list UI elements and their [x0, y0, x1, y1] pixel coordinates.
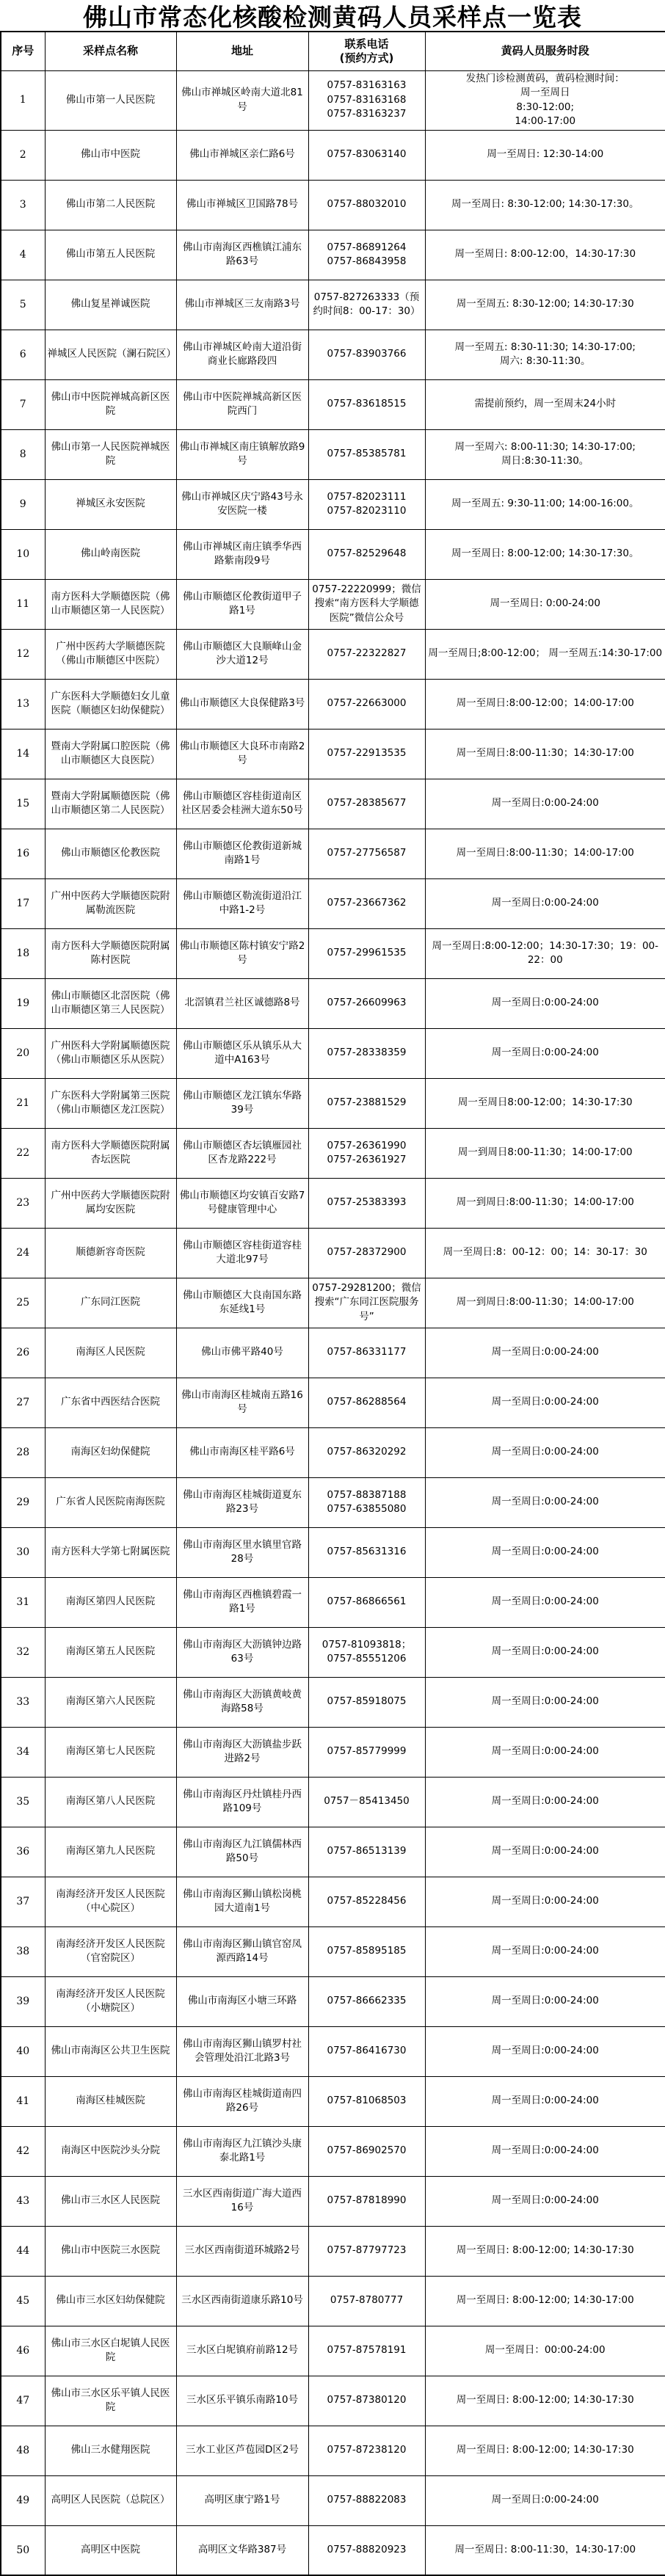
address-cell: 佛山市南海区桂平路6号: [176, 1427, 308, 1477]
service-time-cell: 周一至周日:0:00-24:00: [425, 1477, 665, 1527]
phone-cell: 0757-88822083: [308, 2475, 425, 2525]
site-name-cell: 广东省人民医院南海医院: [45, 1477, 176, 1527]
address-cell: 佛山市南海区九江镇儒林西路50号: [176, 1827, 308, 1877]
site-name-cell: 南海区第七人民医院: [45, 1727, 176, 1777]
phone-cell: 0757-28385677: [308, 779, 425, 829]
row-no-cell: 41: [1, 2076, 45, 2126]
page-title: 佛山市常态化核酸检测黄码人员采样点一览表: [0, 0, 665, 31]
site-name-cell: 佛山市三水区妇幼保健院: [45, 2276, 176, 2326]
table-row: 24顺德新容奇医院佛山市顺德区容桂街道容桂大道北97号0757-28372900…: [1, 1228, 665, 1278]
table-row: 23广州中医药大学顺德医院附属均安医院佛山市顺德区均安镇百安路7号健康管理中心0…: [1, 1178, 665, 1228]
phone-cell: 0757-85228456: [308, 1877, 425, 1926]
site-name-cell: 暨南大学附属顺德医院（佛山市顺德区第二人民医院）: [45, 779, 176, 829]
table-row: 9禅城区永安医院佛山市禅城区庆宁路43号永安医院一楼0757-82023111 …: [1, 479, 665, 529]
table-row: 11南方医科大学顺德医院（佛山市顺德区第一人民医院）佛山市顺德区伦教街道甲子路1…: [1, 579, 665, 629]
site-name-cell: 佛山市中医院禅城高新区医院: [45, 379, 176, 429]
table-row: 37南海经济开发区人民医院（中心院区）佛山市南海区狮山镇松岗桃园大道南1号075…: [1, 1877, 665, 1926]
service-time-cell: 周一至周日:0:00-24:00: [425, 878, 665, 928]
row-no-cell: 47: [1, 2376, 45, 2426]
table-row: 15暨南大学附属顺德医院（佛山市顺德区第二人民医院）佛山市顺德区容桂街道南区社区…: [1, 779, 665, 829]
address-cell: 佛山市禅城区三友南路3号: [176, 280, 308, 330]
site-name-cell: 广东省中西医结合医院: [45, 1378, 176, 1427]
phone-cell: 0757-86288564: [308, 1378, 425, 1427]
site-name-cell: 南海区第八人民医院: [45, 1777, 176, 1827]
phone-cell: 0757-25383393: [308, 1178, 425, 1228]
table-row: 5佛山复星禅诚医院佛山市禅城区三友南路3号0757-827263333（预约时间…: [1, 280, 665, 330]
address-cell: 佛山市顺德区龙江镇东华路39号: [176, 1078, 308, 1128]
service-time-cell: 需提前预约，周一至周末24小时: [425, 379, 665, 429]
site-name-cell: 南海经济开发区人民医院（中心院区）: [45, 1877, 176, 1926]
table-row: 43佛山市三水区人民医院三水区西南街道广海大道西16号0757-87818990…: [1, 2176, 665, 2226]
row-no-cell: 39: [1, 1976, 45, 2026]
service-time-cell: 周一至周日:8:00-11:30；14:30-17:00: [425, 729, 665, 779]
service-time-cell: 周一至周日：00:00-24:00: [425, 2326, 665, 2376]
address-cell: 北滘镇君兰社区诚德路8号: [176, 978, 308, 1028]
phone-cell: 0757-28372900: [308, 1228, 425, 1278]
table-row: 13广东医科大学顺德妇女儿童医院（顺德区妇幼保健院）佛山市顺德区大良保健路3号0…: [1, 679, 665, 729]
site-name-cell: 南海区第六人民医院: [45, 1677, 176, 1727]
site-name-cell: 暨南大学附属口腔医院（佛山市顺德区大良医院）: [45, 729, 176, 779]
table-row: 32南海区第五人民医院佛山市南海区大沥镇钟边路63号0757-81093818；…: [1, 1627, 665, 1677]
service-time-cell: 周一至周日:0:00-24:00: [425, 2026, 665, 2076]
phone-cell: 0757-88032010: [308, 180, 425, 230]
phone-cell: 0757-86866561: [308, 1577, 425, 1627]
table-row: 25广东同江医院佛山市顺德区大良南国东路东延线1号0757-29281200；微…: [1, 1278, 665, 1328]
row-no-cell: 50: [1, 2525, 45, 2575]
address-cell: 佛山市顺德区均安镇百安路7号健康管理中心: [176, 1178, 308, 1228]
row-no-cell: 34: [1, 1727, 45, 1777]
address-cell: 三水区乐平镇乐南路10号: [176, 2376, 308, 2426]
address-cell: 佛山市禅城区卫国路78号: [176, 180, 308, 230]
table-row: 19佛山市顺德区北滘医院（佛山市顺德区第三人民医院）北滘镇君兰社区诚德路8号07…: [1, 978, 665, 1028]
row-no-cell: 32: [1, 1627, 45, 1677]
site-name-cell: 高明区人民医院（总院区）: [45, 2475, 176, 2525]
row-no-cell: 7: [1, 379, 45, 429]
address-cell: 佛山市南海区九江镇沙头康泰北路1号: [176, 2126, 308, 2176]
site-name-cell: 禅城区永安医院: [45, 479, 176, 529]
phone-cell: 0757-29281200；微信搜索“广东同江医院服务号”: [308, 1278, 425, 1328]
table-row: 16佛山市顺德区伦教医院佛山市顺德区伦教街道新城南路1号0757-2775658…: [1, 829, 665, 878]
address-cell: 佛山市顺德区大良保健路3号: [176, 679, 308, 729]
phone-cell: 0757-86331177: [308, 1328, 425, 1378]
address-cell: 佛山市顺德区大良南国东路东延线1号: [176, 1278, 308, 1328]
row-no-cell: 26: [1, 1328, 45, 1378]
service-time-cell: 周一至周日: 8:00-11:30，14:30-17:00: [425, 2525, 665, 2575]
service-time-cell: 周一至周日:0:00-24:00: [425, 2126, 665, 2176]
table-row: 38南海经济开发区人民医院（官窑院区）佛山市南海区狮山镇官窑凤源西路14号075…: [1, 1926, 665, 1976]
row-no-cell: 9: [1, 479, 45, 529]
row-no-cell: 2: [1, 130, 45, 180]
table-row: 17广州中医药大学顺德医院附属勒流医院佛山市顺德区勒流街道沿江中路1-2号075…: [1, 878, 665, 928]
phone-cell: 0757-29961535: [308, 928, 425, 978]
site-name-cell: 南方医科大学第七附属医院: [45, 1527, 176, 1577]
address-cell: 三水区西南街道康乐路10号: [176, 2276, 308, 2326]
address-cell: 高明区康宁路1号: [176, 2475, 308, 2525]
site-name-cell: 南海区人民医院: [45, 1328, 176, 1378]
site-name-cell: 广东同江医院: [45, 1278, 176, 1328]
row-no-cell: 35: [1, 1777, 45, 1827]
row-no-cell: 37: [1, 1877, 45, 1926]
table-row: 28南海区妇幼保健院佛山市南海区桂平路6号0757-86320292周一至周日:…: [1, 1427, 665, 1477]
site-name-cell: 南海区第九人民医院: [45, 1827, 176, 1877]
row-no-cell: 29: [1, 1477, 45, 1527]
service-time-cell: 周一至周日:0:00-24:00: [425, 1028, 665, 1078]
address-cell: 佛山市禅城区南庄镇解放路9号: [176, 429, 308, 479]
row-no-cell: 12: [1, 629, 45, 679]
table-row: 49高明区人民医院（总院区）高明区康宁路1号0757-88822083周一至周日…: [1, 2475, 665, 2525]
phone-cell: 0757－85413450: [308, 1777, 425, 1827]
service-time-cell: 周一至周日:0:00-24:00: [425, 1427, 665, 1477]
address-cell: 佛山市南海区狮山镇松岗桃园大道南1号: [176, 1877, 308, 1926]
phone-cell: 0757-22913535: [308, 729, 425, 779]
site-name-cell: 佛山市三水区人民医院: [45, 2176, 176, 2226]
service-time-cell: 周一至周日:0:00-24:00: [425, 1527, 665, 1577]
service-time-cell: 周一至周日:0:00-24:00: [425, 1328, 665, 1378]
table-row: 42南海区中医院沙头分院佛山市南海区九江镇沙头康泰北路1号0757-869025…: [1, 2126, 665, 2176]
phone-cell: 0757-81093818； 0757-85551206: [308, 1627, 425, 1677]
row-no-cell: 48: [1, 2426, 45, 2475]
table-row: 35南海区第八人民医院佛山市南海区丹灶镇桂丹西路109号0757－8541345…: [1, 1777, 665, 1827]
phone-cell: 0757-22663000: [308, 679, 425, 729]
row-no-cell: 31: [1, 1577, 45, 1627]
table-body: 1佛山市第一人民医院佛山市禅城区岭南大道北81号0757-83163163 07…: [1, 70, 665, 2575]
phone-cell: 0757-86891264 0757-86843958: [308, 230, 425, 280]
table-row: 21广东医科大学附属第三医院（佛山市顺德区龙江医院）佛山市顺德区龙江镇东华路39…: [1, 1078, 665, 1128]
table-row: 14暨南大学附属口腔医院（佛山市顺德区大良医院）佛山市顺德区大良环市南路2号07…: [1, 729, 665, 779]
table-row: 47佛山市三水区乐平镇人民医院三水区乐平镇乐南路10号0757-87380120…: [1, 2376, 665, 2426]
row-no-cell: 10: [1, 529, 45, 579]
site-name-cell: 南海区妇幼保健院: [45, 1427, 176, 1477]
address-cell: 三水工业区芦苞园D区2号: [176, 2426, 308, 2475]
table-row: 3佛山市第二人民医院佛山市禅城区卫国路78号0757-88032010周一至周日…: [1, 180, 665, 230]
service-time-cell: 周一至周五: 8:30-12:00; 14:30-17:30: [425, 280, 665, 330]
site-name-cell: 佛山市三水区白坭镇人民医院: [45, 2326, 176, 2376]
service-time-cell: 周一至周日: 8:00-12:00; 14:30-17:30: [425, 2426, 665, 2475]
site-name-cell: 南海区第五人民医院: [45, 1627, 176, 1677]
sampling-points-table: 序号采样点名称地址联系电话 (预约方式)黄码人员服务时段 1佛山市第一人民医院佛…: [0, 31, 665, 2576]
row-no-cell: 30: [1, 1527, 45, 1577]
phone-cell: 0757-82023111 0757-82023110: [308, 479, 425, 529]
address-cell: 三水区西南街道环城路2号: [176, 2226, 308, 2276]
row-no-cell: 27: [1, 1378, 45, 1427]
phone-cell: 0757-28338359: [308, 1028, 425, 1078]
service-time-cell: 周一至周五: 9:30-11:00; 14:00-16:00。: [425, 479, 665, 529]
address-cell: 佛山市禅城区岭南大道北81号: [176, 70, 308, 130]
row-no-cell: 42: [1, 2126, 45, 2176]
site-name-cell: 南方医科大学顺德医院（佛山市顺德区第一人民医院）: [45, 579, 176, 629]
service-time-cell: 周一到周日8:00-11:30；14:00-17:00: [425, 1128, 665, 1178]
table-row: 26南海区人民医院佛山市佛平路40号0757-86331177周一至周日:0:0…: [1, 1328, 665, 1378]
phone-cell: 0757-87238120: [308, 2426, 425, 2475]
table-row: 6禅城区人民医院（澜石院区）佛山市禅城区岭南大道沿街商业长廊路段四0757-83…: [1, 330, 665, 379]
site-name-cell: 广州医科大学附属顺德医院（佛山市顺德区乐从医院）: [45, 1028, 176, 1078]
service-time-cell: 周一至周日: 0:00-24:00: [425, 579, 665, 629]
address-cell: 佛山市南海区西樵镇碧霞一路1号: [176, 1577, 308, 1627]
site-name-cell: 佛山市第一人民医院: [45, 70, 176, 130]
row-no-cell: 20: [1, 1028, 45, 1078]
row-no-cell: 4: [1, 230, 45, 280]
row-no-cell: 6: [1, 330, 45, 379]
service-time-cell: 周一到周日:8:00-11:30；14:00-17:00: [425, 1278, 665, 1328]
service-time-cell: 周一至周日:0:00-24:00: [425, 1877, 665, 1926]
row-no-cell: 45: [1, 2276, 45, 2326]
service-time-cell: 周一至周五: 8:30-11:30; 14:30-17:00; 周六: 8:30…: [425, 330, 665, 379]
service-time-cell: 周一至周日:0:00-24:00: [425, 779, 665, 829]
phone-cell: 0757-83618515: [308, 379, 425, 429]
address-cell: 佛山市南海区狮山镇罗村社会管理处沿江北路3号: [176, 2026, 308, 2076]
table-row: 34南海区第七人民医院佛山市南海区大沥镇盐步跃进路2号0757-85779999…: [1, 1727, 665, 1777]
site-name-cell: 佛山市第五人民医院: [45, 230, 176, 280]
service-time-cell: 周一至周日:8：00-12：00；14：30-17：30: [425, 1228, 665, 1278]
site-name-cell: 广州中医药大学顺德医院附属勒流医院: [45, 878, 176, 928]
site-name-cell: 高明区中医院: [45, 2525, 176, 2575]
col-header-site-name: 采样点名称: [45, 32, 176, 70]
col-header-no: 序号: [1, 32, 45, 70]
row-no-cell: 11: [1, 579, 45, 629]
table-row: 45佛山市三水区妇幼保健院三水区西南街道康乐路10号0757-8780777周一…: [1, 2276, 665, 2326]
site-name-cell: 南方医科大学顺德医院附属陈村医院: [45, 928, 176, 978]
row-no-cell: 21: [1, 1078, 45, 1128]
row-no-cell: 33: [1, 1677, 45, 1727]
service-time-cell: 周一至周日: 8:00-12:00; 14:30-17:30: [425, 2226, 665, 2276]
service-time-cell: 周一至周日:0:00-24:00: [425, 1677, 665, 1727]
table-row: 41南海区桂城医院佛山市南海区桂城街道南四路26号0757-81068503周一…: [1, 2076, 665, 2126]
row-no-cell: 43: [1, 2176, 45, 2226]
address-cell: 佛山市顺德区陈村镇安宁路2号: [176, 928, 308, 978]
phone-cell: 0757-85918075: [308, 1677, 425, 1727]
service-time-cell: 周一至周日:8:00-12:00；14:00-17:00: [425, 679, 665, 729]
row-no-cell: 40: [1, 2026, 45, 2076]
service-time-cell: 周一至周日:0:00-24:00: [425, 2475, 665, 2525]
address-cell: 佛山市南海区桂城南五路16号: [176, 1378, 308, 1427]
col-header-phone: 联系电话 (预约方式): [308, 32, 425, 70]
service-time-cell: 周一至周日:0:00-24:00: [425, 1627, 665, 1677]
phone-cell: 0757-22322827: [308, 629, 425, 679]
site-name-cell: 禅城区人民医院（澜石院区）: [45, 330, 176, 379]
site-name-cell: 佛山市南海区公共卫生医院: [45, 2026, 176, 2076]
address-cell: 佛山市南海区丹灶镇桂丹西路109号: [176, 1777, 308, 1827]
table-row: 20广州医科大学附属顺德医院（佛山市顺德区乐从医院）佛山市顺德区乐从镇乐从大道中…: [1, 1028, 665, 1078]
site-name-cell: 南海区中医院沙头分院: [45, 2126, 176, 2176]
site-name-cell: 广东医科大学顺德妇女儿童医院（顺德区妇幼保健院）: [45, 679, 176, 729]
service-time-cell: 周一至周日:0:00-24:00: [425, 1976, 665, 2026]
table-row: 7佛山市中医院禅城高新区医院佛山市中医院禅城高新区医院西门0757-836185…: [1, 379, 665, 429]
phone-cell: 0757-87578191: [308, 2326, 425, 2376]
phone-cell: 0757-23881529: [308, 1078, 425, 1128]
table-row: 39南海经济开发区人民医院（小塘院区）佛山市南海区小塘三环路0757-86662…: [1, 1976, 665, 2026]
phone-cell: 0757-86320292: [308, 1427, 425, 1477]
service-time-cell: 周一至周日:0:00-24:00: [425, 1777, 665, 1827]
address-cell: 佛山市南海区桂城街道夏东路23号: [176, 1477, 308, 1527]
table-row: 31南海区第四人民医院佛山市南海区西樵镇碧霞一路1号0757-86866561周…: [1, 1577, 665, 1627]
site-name-cell: 广州中医药大学顺德医院附属均安医院: [45, 1178, 176, 1228]
service-time-cell: 周一至周日:8:00-11:30；14:00-17:00: [425, 829, 665, 878]
address-cell: 佛山市南海区狮山镇官窑凤源西路14号: [176, 1926, 308, 1976]
service-time-cell: 周一至周日: 8:00-12:00; 14:30-17:30。: [425, 529, 665, 579]
row-no-cell: 22: [1, 1128, 45, 1178]
service-time-cell: 周一至周日:0:00-24:00: [425, 1727, 665, 1777]
table-row: 4佛山市第五人民医院佛山市南海区西樵镇江浦东路63号0757-86891264 …: [1, 230, 665, 280]
table-row: 30南方医科大学第七附属医院佛山市南海区里水镇里官路28号0757-856313…: [1, 1527, 665, 1577]
address-cell: 佛山市顺德区伦教街道甲子路1号: [176, 579, 308, 629]
address-cell: 佛山市南海区西樵镇江浦东路63号: [176, 230, 308, 280]
service-time-cell: 发热门诊检测黄码，黄码检测时间： 周一至周日 8:30-12:00; 14:00…: [425, 70, 665, 130]
service-time-cell: 周一至周日:0:00-24:00: [425, 2076, 665, 2126]
row-no-cell: 15: [1, 779, 45, 829]
row-no-cell: 49: [1, 2475, 45, 2525]
table-row: 10佛山岭南医院佛山市禅城区南庄镇季华西路紫南段9号0757-82529648周…: [1, 529, 665, 579]
service-time-cell: 周一至周日: 8:00-12:00，14:30-17:30: [425, 230, 665, 280]
table-row: 27广东省中西医结合医院佛山市南海区桂城南五路16号0757-86288564周…: [1, 1378, 665, 1427]
phone-cell: 0757-87818990: [308, 2176, 425, 2226]
service-time-cell: 周一到周日:8:00-11:30；14:00-17:00: [425, 1178, 665, 1228]
table-row: 50高明区中医院高明区文华路387号0757-88820923周一至周日: 8:…: [1, 2525, 665, 2575]
service-time-cell: 周一至周日:0:00-24:00: [425, 1926, 665, 1976]
address-cell: 佛山市南海区大沥镇盐步跃进路2号: [176, 1727, 308, 1777]
address-cell: 佛山市南海区大沥镇黄岐黄海路58号: [176, 1677, 308, 1727]
row-no-cell: 1: [1, 70, 45, 130]
table-row: 12广州中医药大学顺德医院（佛山市顺德区中医院）佛山市顺德区大良顺峰山金沙大道1…: [1, 629, 665, 679]
address-cell: 三水区西南街道广海大道西16号: [176, 2176, 308, 2226]
site-name-cell: 佛山复星禅诚医院: [45, 280, 176, 330]
service-time-cell: 周一至周日:0:00-24:00: [425, 1378, 665, 1427]
phone-cell: 0757-85631316: [308, 1527, 425, 1577]
service-time-cell: 周一至周日:0:00-24:00: [425, 1577, 665, 1627]
service-time-cell: 周一至周日:0:00-24:00: [425, 2176, 665, 2226]
table-header: 序号采样点名称地址联系电话 (预约方式)黄码人员服务时段: [1, 32, 665, 70]
address-cell: 佛山市顺德区杏坛镇雁园社区杏龙路222号: [176, 1128, 308, 1178]
phone-cell: 0757-8780777: [308, 2276, 425, 2326]
phone-cell: 0757-23667362: [308, 878, 425, 928]
phone-cell: 0757-87797723: [308, 2226, 425, 2276]
service-time-cell: 周一至周日8:00-12:00；14:30-17:30: [425, 1078, 665, 1128]
table-row: 1佛山市第一人民医院佛山市禅城区岭南大道北81号0757-83163163 07…: [1, 70, 665, 130]
phone-cell: 0757-26609963: [308, 978, 425, 1028]
table-row: 44佛山市中医院三水医院三水区西南街道环城路2号0757-87797723周一至…: [1, 2226, 665, 2276]
table-row: 22南方医科大学顺德医院附属杏坛医院佛山市顺德区杏坛镇雁园社区杏龙路222号07…: [1, 1128, 665, 1178]
phone-cell: 0757-87380120: [308, 2376, 425, 2426]
address-cell: 佛山市顺德区大良环市南路2号: [176, 729, 308, 779]
row-no-cell: 3: [1, 180, 45, 230]
address-cell: 三水区白坭镇府前路12号: [176, 2326, 308, 2376]
table-row: 36南海区第九人民医院佛山市南海区九江镇儒林西路50号0757-86513139…: [1, 1827, 665, 1877]
address-cell: 佛山市顺德区乐从镇乐从大道中A163号: [176, 1028, 308, 1078]
address-cell: 佛山市南海区小塘三环路: [176, 1976, 308, 2026]
site-name-cell: 佛山市第二人民医院: [45, 180, 176, 230]
phone-cell: 0757-26361990 0757-26361927: [308, 1128, 425, 1178]
phone-cell: 0757-827263333（预约时间8：00-17：30）: [308, 280, 425, 330]
site-name-cell: 佛山市顺德区伦教医院: [45, 829, 176, 878]
row-no-cell: 36: [1, 1827, 45, 1877]
service-time-cell: 周一至周日:8:00-12:00；14:30-17:30；19：00-22：00: [425, 928, 665, 978]
row-no-cell: 23: [1, 1178, 45, 1228]
table-row: 48佛山三水健翔医院三水工业区芦苞园D区2号0757-87238120周一至周日…: [1, 2426, 665, 2475]
address-cell: 佛山市中医院禅城高新区医院西门: [176, 379, 308, 429]
site-name-cell: 顺德新容奇医院: [45, 1228, 176, 1278]
service-time-cell: 周一至周六: 8:00-11:30; 14:30-17:00; 周日:8:30-…: [425, 429, 665, 479]
row-no-cell: 17: [1, 878, 45, 928]
address-cell: 佛山市顺德区容桂街道南区社区居委会桂洲大道东50号: [176, 779, 308, 829]
address-cell: 佛山市顺德区勒流街道沿江中路1-2号: [176, 878, 308, 928]
service-time-cell: 周一至周日: 8:30-12:00; 14:30-17:30。: [425, 180, 665, 230]
row-no-cell: 24: [1, 1228, 45, 1278]
phone-cell: 0757-86662335: [308, 1976, 425, 2026]
row-no-cell: 44: [1, 2226, 45, 2276]
address-cell: 佛山市南海区桂城街道南四路26号: [176, 2076, 308, 2126]
site-name-cell: 佛山岭南医院: [45, 529, 176, 579]
table-row: 8佛山市第一人民医院禅城医院佛山市禅城区南庄镇解放路9号0757-8538578…: [1, 429, 665, 479]
row-no-cell: 38: [1, 1926, 45, 1976]
address-cell: 佛山市禅城区亲仁路6号: [176, 130, 308, 180]
site-name-cell: 佛山市顺德区北滘医院（佛山市顺德区第三人民医院）: [45, 978, 176, 1028]
address-cell: 佛山市南海区里水镇里官路28号: [176, 1527, 308, 1577]
phone-cell: 0757-83163163 0757-83163168 0757-8316323…: [308, 70, 425, 130]
address-cell: 高明区文华路387号: [176, 2525, 308, 2575]
site-name-cell: 南海经济开发区人民医院（官窑院区）: [45, 1926, 176, 1976]
phone-cell: 0757-88387188 0757-63855080: [308, 1477, 425, 1527]
row-no-cell: 16: [1, 829, 45, 878]
site-name-cell: 南海区桂城医院: [45, 2076, 176, 2126]
site-name-cell: 南海区第四人民医院: [45, 1577, 176, 1627]
table-row: 29广东省人民医院南海医院佛山市南海区桂城街道夏东路23号0757-883871…: [1, 1477, 665, 1527]
header-row: 序号采样点名称地址联系电话 (预约方式)黄码人员服务时段: [1, 32, 665, 70]
site-name-cell: 佛山三水健翔医院: [45, 2426, 176, 2475]
row-no-cell: 5: [1, 280, 45, 330]
row-no-cell: 8: [1, 429, 45, 479]
site-name-cell: 佛山市第一人民医院禅城医院: [45, 429, 176, 479]
table-row: 18南方医科大学顺德医院附属陈村医院佛山市顺德区陈村镇安宁路2号0757-299…: [1, 928, 665, 978]
service-time-cell: 周一至周日: 12:30-14:00: [425, 130, 665, 180]
row-no-cell: 19: [1, 978, 45, 1028]
table-row: 40佛山市南海区公共卫生医院佛山市南海区狮山镇罗村社会管理处沿江北路3号0757…: [1, 2026, 665, 2076]
row-no-cell: 14: [1, 729, 45, 779]
site-name-cell: 广州中医药大学顺德医院（佛山市顺德区中医院）: [45, 629, 176, 679]
row-no-cell: 13: [1, 679, 45, 729]
service-time-cell: 周一至周日: 8:00-12:00; 14:30-17:30: [425, 2376, 665, 2426]
site-name-cell: 南方医科大学顺德医院附属杏坛医院: [45, 1128, 176, 1178]
table-row: 46佛山市三水区白坭镇人民医院三水区白坭镇府前路12号0757-87578191…: [1, 2326, 665, 2376]
row-no-cell: 18: [1, 928, 45, 978]
site-name-cell: 佛山市中医院: [45, 130, 176, 180]
address-cell: 佛山市禅城区南庄镇季华西路紫南段9号: [176, 529, 308, 579]
address-cell: 佛山市禅城区庆宁路43号永安医院一楼: [176, 479, 308, 529]
phone-cell: 0757-86416730: [308, 2026, 425, 2076]
row-no-cell: 25: [1, 1278, 45, 1328]
address-cell: 佛山市南海区大沥镇钟边路63号: [176, 1627, 308, 1677]
phone-cell: 0757-86902570: [308, 2126, 425, 2176]
phone-cell: 0757-85895185: [308, 1926, 425, 1976]
phone-cell: 0757-22220999；微信搜索“南方医科大学顺德医院”微信公众号: [308, 579, 425, 629]
phone-cell: 0757-85779999: [308, 1727, 425, 1777]
col-header-service-time: 黄码人员服务时段: [425, 32, 665, 70]
row-no-cell: 46: [1, 2326, 45, 2376]
phone-cell: 0757-85385781: [308, 429, 425, 479]
service-time-cell: 周一至周日:0:00-24:00: [425, 978, 665, 1028]
phone-cell: 0757-83063140: [308, 130, 425, 180]
address-cell: 佛山市顺德区大良顺峰山金沙大道12号: [176, 629, 308, 679]
service-time-cell: 周一至周日: 8:00-12:00; 14:30-17:00: [425, 2276, 665, 2326]
phone-cell: 0757-86513139: [308, 1827, 425, 1877]
phone-cell: 0757-27756587: [308, 829, 425, 878]
address-cell: 佛山市顺德区容桂街道容桂大道北97号: [176, 1228, 308, 1278]
table-row: 33南海区第六人民医院佛山市南海区大沥镇黄岐黄海路58号0757-8591807…: [1, 1677, 665, 1727]
site-name-cell: 南海经济开发区人民医院（小塘院区）: [45, 1976, 176, 2026]
address-cell: 佛山市禅城区岭南大道沿街商业长廊路段四: [176, 330, 308, 379]
site-name-cell: 佛山市三水区乐平镇人民医院: [45, 2376, 176, 2426]
address-cell: 佛山市佛平路40号: [176, 1328, 308, 1378]
phone-cell: 0757-83903766: [308, 330, 425, 379]
row-no-cell: 28: [1, 1427, 45, 1477]
